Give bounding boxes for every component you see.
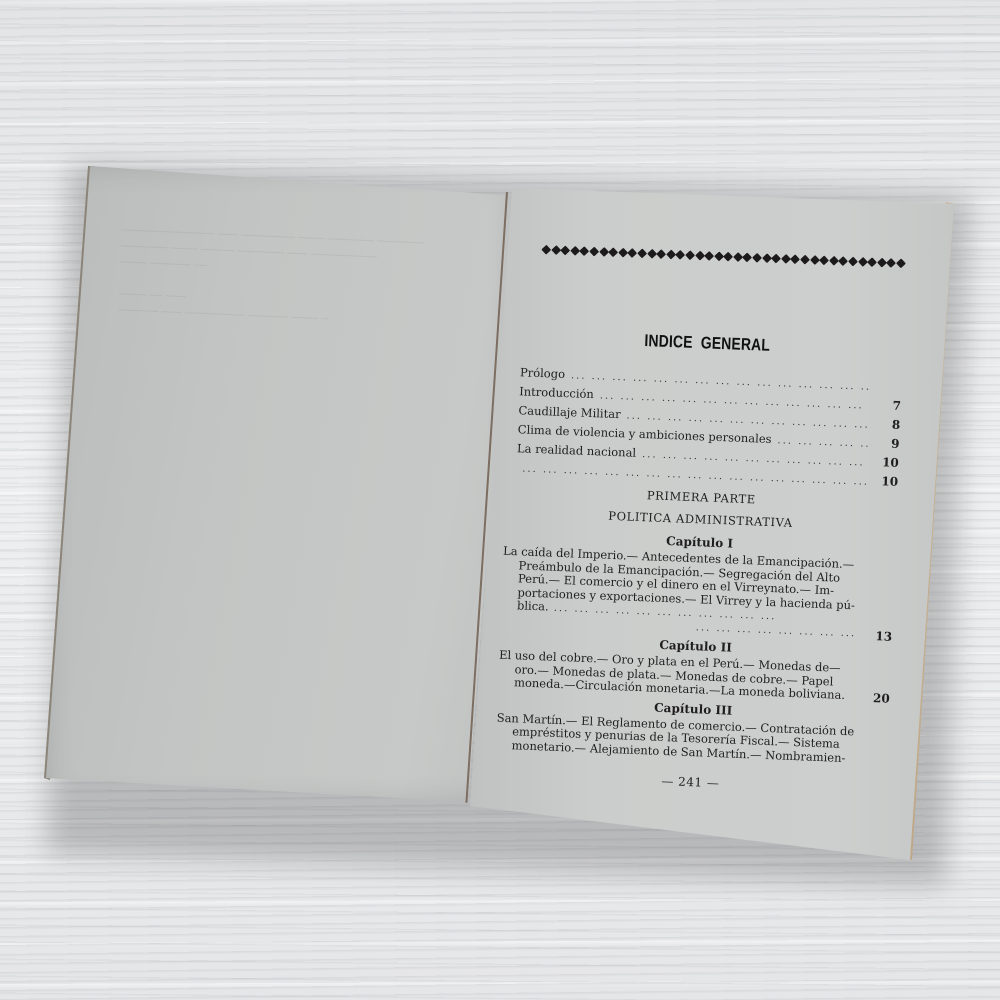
toc-entry-label: Prólogo: [520, 365, 566, 381]
diamond-icon: [886, 258, 896, 268]
toc-entry-page: [876, 390, 902, 391]
diamond-icon: [743, 252, 753, 262]
diamond-icon: [771, 253, 781, 263]
chapter-page-number: 20: [873, 692, 890, 706]
diamond-icon: [791, 254, 801, 264]
diamond-icon: [628, 248, 638, 258]
diamond-icon: [656, 249, 666, 259]
diamond-icon: [848, 256, 858, 266]
toc-entry-page: 8: [874, 417, 901, 432]
diamond-icon: [637, 248, 647, 258]
chapter-list: Capítulo ILa caída del Imperio.— Anteced…: [495, 525, 895, 767]
chapter-summary: La caída del Imperio.— Antecedentes de l…: [500, 545, 895, 642]
diamond-icon: [704, 251, 714, 261]
left-page-showthrough: ────────────── ─── ──────── ──── ───────…: [118, 223, 462, 334]
diamond-icon: [819, 255, 829, 265]
diamond-icon: [560, 245, 570, 255]
diamond-icon: [685, 250, 695, 260]
diamond-icon: [723, 251, 733, 261]
diamond-icon: [800, 254, 810, 264]
toc-entry-label: Introducción: [519, 384, 594, 401]
toc-entry-page: 10: [873, 455, 900, 470]
diamond-icon: [676, 249, 686, 259]
diamond-icon: [589, 246, 599, 256]
diamond-icon: [541, 244, 551, 254]
toc-entry-page: 9: [873, 436, 900, 451]
diamond-icon: [752, 252, 762, 262]
index-page-content: INDICE GENERAL Prólogo... ... ... ... ..…: [494, 242, 906, 797]
diamond-icon: [838, 256, 848, 266]
toc-entry-page: 7: [875, 398, 902, 413]
dot-leader: ... ... ... ... ... ... ... ... ... ... …: [777, 435, 867, 449]
toc-entry-label: Caudillaje Militar: [518, 403, 621, 421]
table-of-contents: Prólogo... ... ... ... ... ... ... ... .…: [506, 365, 902, 494]
index-title: INDICE GENERAL: [546, 327, 868, 359]
toc-entry-page: 10: [872, 474, 899, 489]
diamond-icon: [580, 246, 590, 256]
diamond-icon: [608, 247, 618, 257]
chapter-page-number: 13: [875, 630, 892, 644]
diamond-icon: [896, 258, 906, 268]
diamond-icon: [867, 257, 877, 267]
